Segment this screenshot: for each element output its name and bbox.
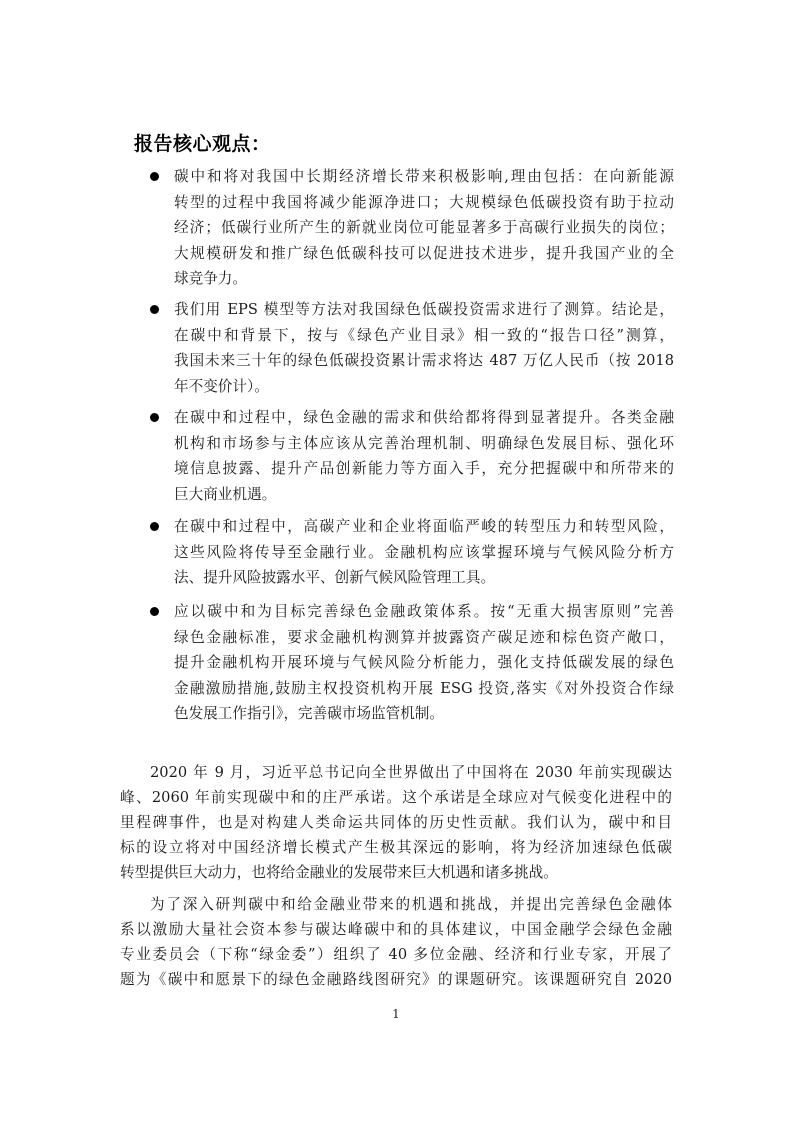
text-line: 金融激励措施,鼓励主权投资机构开展 ESG 投资,落实《对外投资合作绿 bbox=[174, 676, 674, 702]
text-line: 经济；低碳行业所产生的新就业岗位可能显著多于高碳行业损失的岗位； bbox=[174, 215, 674, 241]
text-line: 碳中和将对我国中长期经济增长带来积极影响,理由包括：在向新能源 bbox=[174, 164, 674, 190]
text-line: 巨大商业机遇。 bbox=[174, 482, 674, 508]
text-line: 里程碑事件，也是对构建人类命运共同体的历史性贡献。我们认为，碳中和目 bbox=[120, 810, 672, 835]
text-line: 专业委员会（下称“绿金委”）组织了 40 多位金融、经济和行业专家，开展了 bbox=[120, 942, 672, 967]
text-line: 转型提供巨大动力，也将给金融业的发展带来巨大机遇和诸多挑战。 bbox=[120, 860, 672, 885]
text-line: 标的设立将对中国经济增长模式产生极其深远的影响，将为经济加速绿色低碳 bbox=[120, 835, 672, 860]
body-paragraph: 2020 年 9 月，习近平总书记向全世界做出了中国将在 2030 年前实现碳达… bbox=[120, 760, 672, 885]
text-line: 2020 年 9 月，习近平总书记向全世界做出了中国将在 2030 年前实现碳达 bbox=[120, 760, 672, 785]
body-paragraph: 为了深入研判碳中和给金融业带来的机遇和挑战，并提出完善绿色金融体 系以激励大量社… bbox=[120, 892, 672, 992]
text-line: 法、提升风险披露水平、创新气候风险管理工具。 bbox=[174, 565, 674, 591]
text-line: 峰、2060 年前实现碳中和的庄严承诺。这个承诺是全球应对气候变化进程中的 bbox=[120, 785, 672, 810]
text-line: 境信息披露、提升产品创新能力等方面入手，充分把握碳中和所带来的 bbox=[174, 456, 674, 482]
text-line: 我们用 EPS 模型等方法对我国绿色低碳投资需求进行了测算。结论是， bbox=[174, 297, 674, 323]
text-line: 为了深入研判碳中和给金融业带来的机遇和挑战，并提出完善绿色金融体 bbox=[120, 892, 672, 917]
key-point-item: 在碳中和过程中，绿色金融的需求和供给都将得到显著提升。各类金融 机构和市场参与主… bbox=[174, 405, 674, 507]
document-page: 报告核心观点： 碳中和将对我国中长期经济增长带来积极影响,理由包括：在向新能源 … bbox=[0, 0, 793, 1122]
key-point-item: 应以碳中和为目标完善绿色金融政策体系。按“无重大损害原则”完善 绿色金融标准，要… bbox=[174, 599, 674, 727]
text-line: 年不变价计）。 bbox=[174, 374, 674, 400]
text-line: 提升金融机构开展环境与气候风险分析能力，强化支持低碳发展的绿色 bbox=[174, 650, 674, 676]
text-line: 转型的过程中我国将减少能源净进口；大规模绿色低碳投资有助于拉动 bbox=[174, 190, 674, 216]
text-line: 系以激励大量社会资本参与碳达峰碳中和的具体建议，中国金融学会绿色金融 bbox=[120, 917, 672, 942]
text-line: 在碳中和过程中，绿色金融的需求和供给都将得到显著提升。各类金融 bbox=[174, 405, 674, 431]
key-point-item: 在碳中和过程中，高碳产业和企业将面临严峻的转型压力和转型风险， 这些风险将传导至… bbox=[174, 514, 674, 591]
text-line: 在碳中和背景下，按与《绿色产业目录》相一致的“报告口径”测算， bbox=[174, 323, 674, 349]
text-line: 球竞争力。 bbox=[174, 266, 674, 292]
text-line: 这些风险将传导至金融行业。金融机构应该掌握环境与气候风险分析方 bbox=[174, 540, 674, 566]
section-title: 报告核心观点： bbox=[134, 130, 271, 158]
text-line: 绿色金融标准，要求金融机构测算并披露资产碳足迹和棕色资产敞口， bbox=[174, 625, 674, 651]
page-number: 1 bbox=[390, 1006, 402, 1022]
text-line: 题为《碳中和愿景下的绿色金融路线图研究》的课题研究。该课题研究自 2020 bbox=[120, 967, 672, 992]
key-point-item: 我们用 EPS 模型等方法对我国绿色低碳投资需求进行了测算。结论是， 在碳中和背… bbox=[174, 297, 674, 399]
bullet-dot-icon bbox=[150, 522, 159, 531]
text-line: 在碳中和过程中，高碳产业和企业将面临严峻的转型压力和转型风险， bbox=[174, 514, 674, 540]
key-point-item: 碳中和将对我国中长期经济增长带来积极影响,理由包括：在向新能源 转型的过程中我国… bbox=[174, 164, 674, 292]
text-line: 我国未来三十年的绿色低碳投资累计需求将达 487 万亿人民币（按 2018 bbox=[174, 348, 674, 374]
bullet-dot-icon bbox=[150, 172, 159, 181]
text-line: 色发展工作指引》，完善碳市场监管机制。 bbox=[174, 701, 674, 727]
text-line: 大规模研发和推广绿色低碳科技可以促进技术进步，提升我国产业的全 bbox=[174, 241, 674, 267]
bullet-dot-icon bbox=[150, 305, 159, 314]
text-line: 机构和市场参与主体应该从完善治理机制、明确绿色发展目标、强化环 bbox=[174, 431, 674, 457]
bullet-dot-icon bbox=[150, 413, 159, 422]
text-line: 应以碳中和为目标完善绿色金融政策体系。按“无重大损害原则”完善 bbox=[174, 599, 674, 625]
bullet-dot-icon bbox=[150, 607, 159, 616]
